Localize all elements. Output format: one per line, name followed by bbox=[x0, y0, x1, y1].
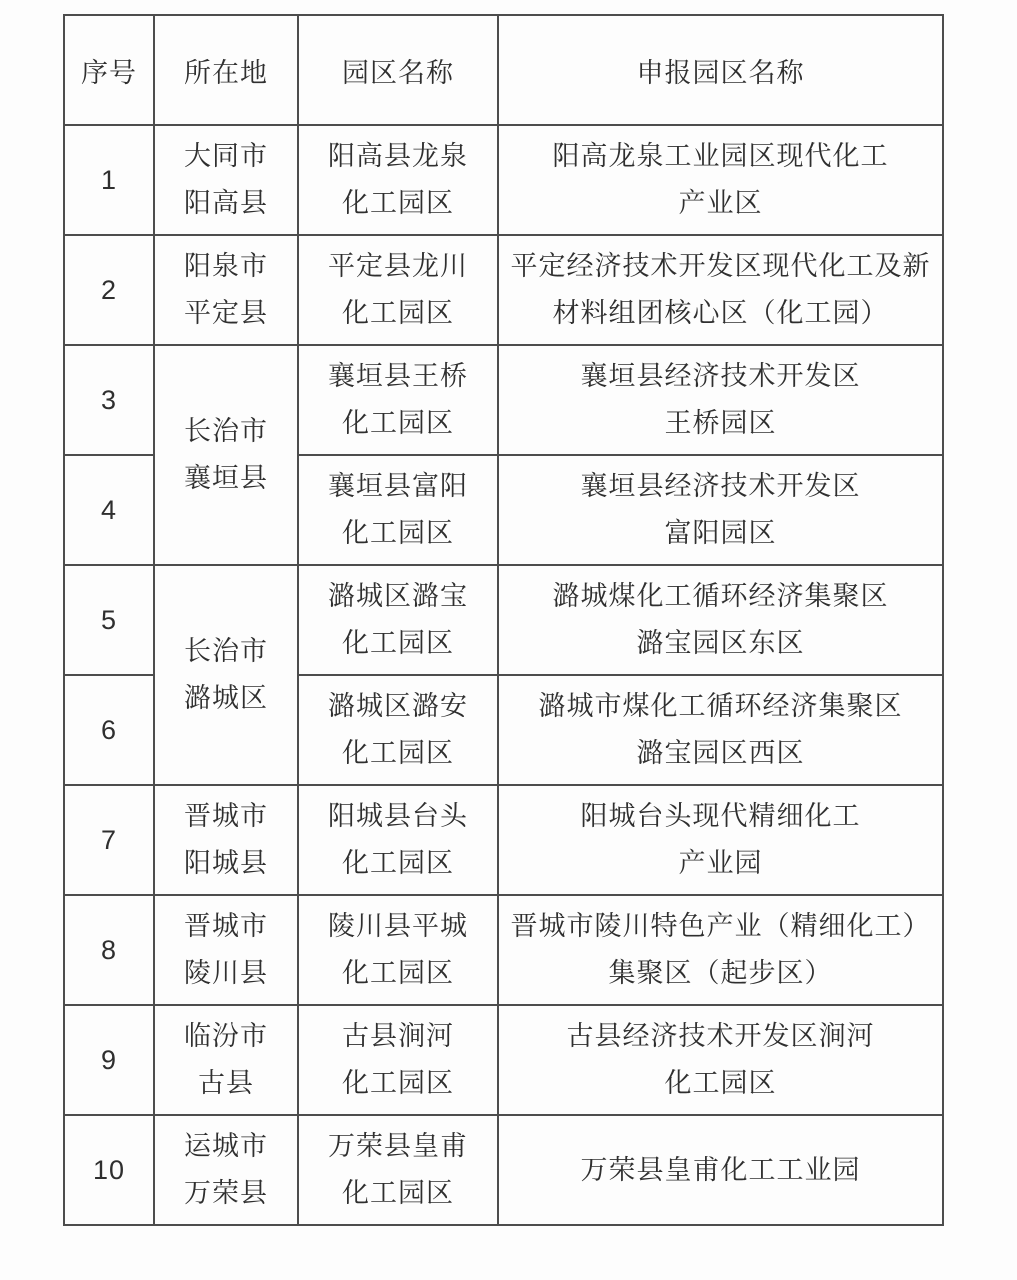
row-number: 2 bbox=[65, 267, 153, 314]
cell-no: 3 bbox=[64, 345, 154, 455]
col-header-location: 所在地 bbox=[154, 15, 298, 125]
row-number: 4 bbox=[65, 487, 153, 534]
table-row: 2 阳泉市 平定县 平定县龙川 化工园区 平定经济技术开发区现代化工及新 材料组… bbox=[64, 235, 943, 345]
cell-declared: 平定经济技术开发区现代化工及新 材料组团核心区（化工园） bbox=[498, 235, 943, 345]
cell-no: 6 bbox=[64, 675, 154, 785]
table-row: 10 运城市 万荣县 万荣县皇甫 化工园区 万荣县皇甫化工工业园 bbox=[64, 1115, 943, 1225]
cell-park: 古县涧河 化工园区 bbox=[298, 1005, 498, 1115]
cell-location: 临汾市 古县 bbox=[154, 1005, 298, 1115]
col-header-index: 序号 bbox=[64, 15, 154, 125]
table-row: 7 晋城市 阳城县 阳城县台头 化工园区 阳城台头现代精细化工 产业园 bbox=[64, 785, 943, 895]
cell-declared: 潞城煤化工循环经济集聚区 潞宝园区东区 bbox=[498, 565, 943, 675]
document-page: 序号 所在地 园区名称 申报园区名称 1 大同市 阳高县 阳高县龙泉 化工园区 … bbox=[0, 0, 1017, 1280]
row-number: 6 bbox=[65, 707, 153, 754]
cell-no: 9 bbox=[64, 1005, 154, 1115]
row-number: 8 bbox=[65, 927, 153, 974]
cell-park: 阳高县龙泉 化工园区 bbox=[298, 125, 498, 235]
col-header-park: 园区名称 bbox=[298, 15, 498, 125]
cell-no: 8 bbox=[64, 895, 154, 1005]
cell-location: 运城市 万荣县 bbox=[154, 1115, 298, 1225]
cell-park: 平定县龙川 化工园区 bbox=[298, 235, 498, 345]
cell-declared: 潞城市煤化工循环经济集聚区 潞宝园区西区 bbox=[498, 675, 943, 785]
cell-declared: 阳高龙泉工业园区现代化工 产业区 bbox=[498, 125, 943, 235]
cell-no: 2 bbox=[64, 235, 154, 345]
row-number: 1 bbox=[65, 157, 153, 204]
row-number: 3 bbox=[65, 377, 153, 424]
cell-declared: 襄垣县经济技术开发区 王桥园区 bbox=[498, 345, 943, 455]
cell-no: 10 bbox=[64, 1115, 154, 1225]
cell-park: 襄垣县富阳 化工园区 bbox=[298, 455, 498, 565]
cell-no: 7 bbox=[64, 785, 154, 895]
table-row: 5 长治市 潞城区 潞城区潞宝 化工园区 潞城煤化工循环经济集聚区 潞宝园区东区 bbox=[64, 565, 943, 675]
cell-park: 万荣县皇甫 化工园区 bbox=[298, 1115, 498, 1225]
cell-park: 陵川县平城 化工园区 bbox=[298, 895, 498, 1005]
cell-location: 大同市 阳高县 bbox=[154, 125, 298, 235]
row-number: 9 bbox=[65, 1037, 153, 1084]
cell-location-merged: 长治市 潞城区 bbox=[154, 565, 298, 785]
cell-park: 潞城区潞安 化工园区 bbox=[298, 675, 498, 785]
cell-declared: 襄垣县经济技术开发区 富阳园区 bbox=[498, 455, 943, 565]
header-row: 序号 所在地 园区名称 申报园区名称 bbox=[64, 15, 943, 125]
table-row: 9 临汾市 古县 古县涧河 化工园区 古县经济技术开发区涧河 化工园区 bbox=[64, 1005, 943, 1115]
cell-location: 晋城市 陵川县 bbox=[154, 895, 298, 1005]
industrial-parks-table: 序号 所在地 园区名称 申报园区名称 1 大同市 阳高县 阳高县龙泉 化工园区 … bbox=[63, 14, 944, 1226]
cell-declared: 阳城台头现代精细化工 产业园 bbox=[498, 785, 943, 895]
cell-location: 阳泉市 平定县 bbox=[154, 235, 298, 345]
table-row: 8 晋城市 陵川县 陵川县平城 化工园区 晋城市陵川特色产业（精细化工） 集聚区… bbox=[64, 895, 943, 1005]
table-row: 3 长治市 襄垣县 襄垣县王桥 化工园区 襄垣县经济技术开发区 王桥园区 bbox=[64, 345, 943, 455]
cell-declared: 万荣县皇甫化工工业园 bbox=[498, 1115, 943, 1225]
row-number: 10 bbox=[65, 1147, 153, 1194]
cell-declared: 古县经济技术开发区涧河 化工园区 bbox=[498, 1005, 943, 1115]
cell-park: 潞城区潞宝 化工园区 bbox=[298, 565, 498, 675]
row-number: 5 bbox=[65, 597, 153, 644]
cell-no: 4 bbox=[64, 455, 154, 565]
cell-declared: 晋城市陵川特色产业（精细化工） 集聚区（起步区） bbox=[498, 895, 943, 1005]
cell-location-merged: 长治市 襄垣县 bbox=[154, 345, 298, 565]
table-row: 1 大同市 阳高县 阳高县龙泉 化工园区 阳高龙泉工业园区现代化工 产业区 bbox=[64, 125, 943, 235]
cell-park: 阳城县台头 化工园区 bbox=[298, 785, 498, 895]
row-number: 7 bbox=[65, 817, 153, 864]
col-header-declared: 申报园区名称 bbox=[498, 15, 943, 125]
cell-no: 5 bbox=[64, 565, 154, 675]
cell-no: 1 bbox=[64, 125, 154, 235]
cell-location: 晋城市 阳城县 bbox=[154, 785, 298, 895]
cell-park: 襄垣县王桥 化工园区 bbox=[298, 345, 498, 455]
